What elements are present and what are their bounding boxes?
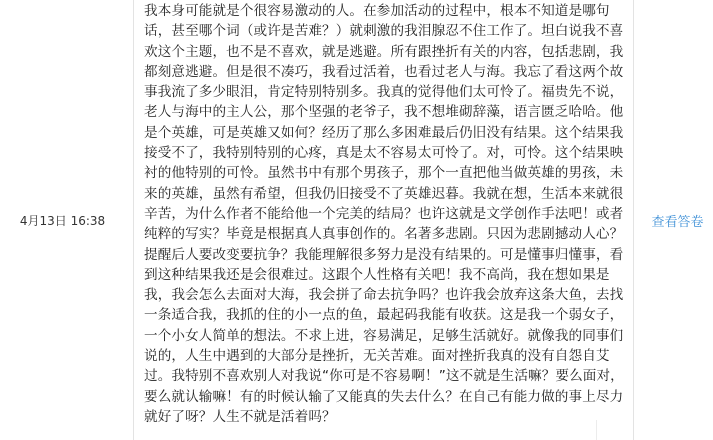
answer-cell: 我本身可能就是个很容易激动的人。在参加活动的过程中，根本不知道是哪句话，甚至哪个… — [133, 0, 634, 440]
answer-text: 我本身可能就是个很容易激动的人。在参加活动的过程中，根本不知道是哪句话，甚至哪个… — [144, 1, 634, 427]
view-answer-sheet-link[interactable]: 查看答卷 — [651, 211, 703, 230]
submit-time-cell: 4月13日 16:38 — [0, 0, 133, 440]
action-cell: 查看答卷 — [634, 0, 713, 440]
submit-time: 4月13日 16:38 — [20, 212, 105, 229]
cell-divider — [596, 420, 597, 440]
answer-table-row: 4月13日 16:38 我本身可能就是个很容易激动的人。在参加活动的过程中，根本… — [0, 0, 713, 440]
